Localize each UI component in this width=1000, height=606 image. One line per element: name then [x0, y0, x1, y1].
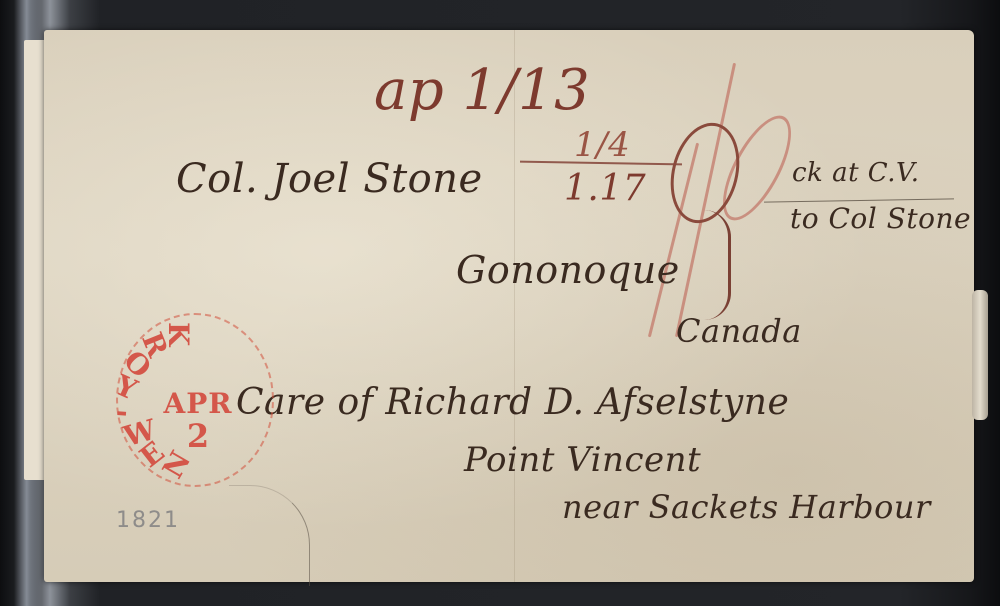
rate-marking-middle: 1/4 — [574, 125, 630, 165]
rate-marking-bottom: 1.17 — [564, 168, 646, 209]
address-town: Gononoque — [456, 248, 680, 292]
side-note-line-1: ck at C.V. — [792, 158, 920, 188]
rate-marking-top: ap 1/13 — [374, 58, 590, 123]
address-near: near Sackets Harbour — [562, 488, 931, 526]
address-place: Point Vincent — [464, 440, 701, 480]
address-recipient: Col. Joel Stone — [176, 156, 483, 202]
address-care-of: Care of Richard D. Afselstyne — [236, 382, 789, 423]
postmark-day: 2 — [158, 417, 238, 455]
folded-letter-cover: ap 1/13 1/4 1.17 ck at C.V. to Col Stone… — [44, 30, 974, 582]
large-rate-numeral-tail — [704, 210, 731, 320]
seal-remnant — [972, 290, 988, 420]
postmark-month: APR — [158, 387, 238, 420]
address-country: Canada — [676, 312, 802, 350]
pencil-year-note: 1821 — [116, 508, 180, 533]
paper-tear — [229, 485, 310, 586]
new-york-postmark: N E W - Y O R K APR 2 — [116, 313, 274, 487]
side-note-line-2: to Col Stone — [790, 202, 971, 235]
